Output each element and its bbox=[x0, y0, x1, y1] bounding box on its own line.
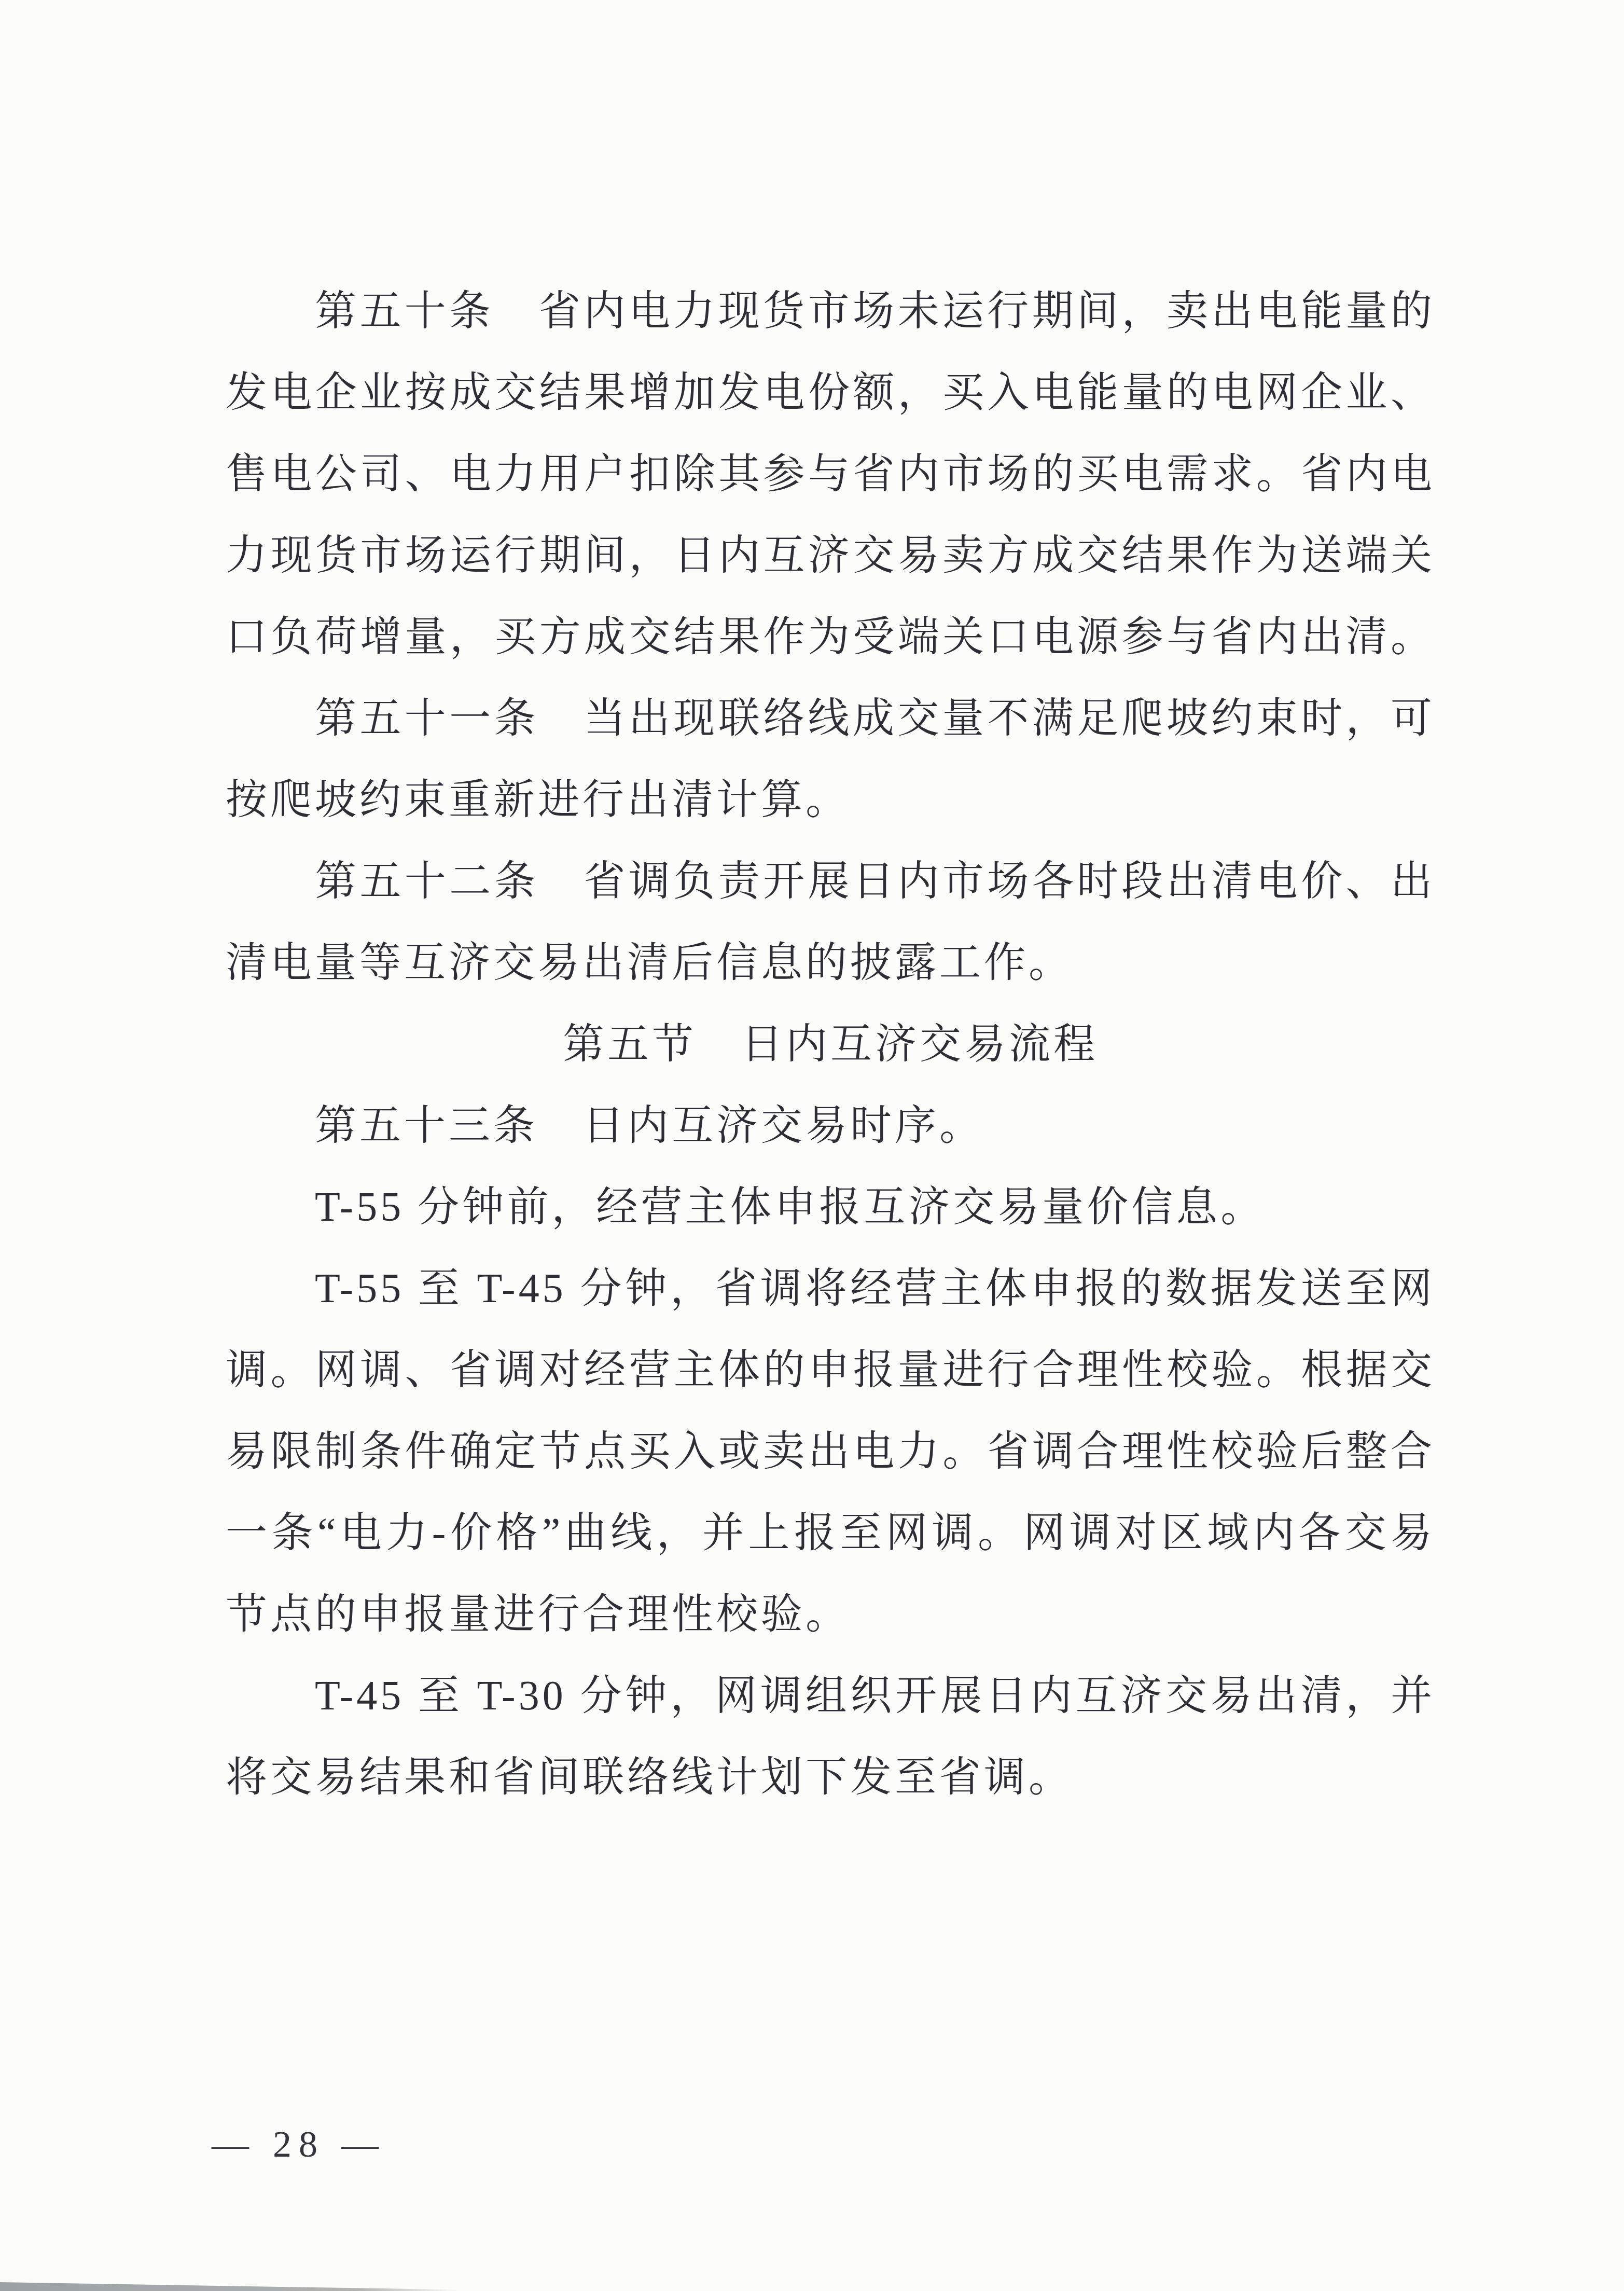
text-line: 清电量等互济交易出清后信息的披露工作。 bbox=[226, 922, 1435, 1004]
text-line: 第五十三条 日内互济交易时序。 bbox=[226, 1085, 1435, 1167]
text-line: 一条“电力-价格”曲线，并上报至网调。网调对区域内各交易 bbox=[226, 1493, 1435, 1574]
text-line: 力现货市场运行期间，日内互济交易卖方成交结果作为送端关 bbox=[226, 515, 1435, 597]
text-line: 售电公司、电力用户扣除其参与省内市场的买电需求。省内电 bbox=[226, 434, 1435, 515]
text-line: 第五十二条 省调负责开展日内市场各时段出清电价、出 bbox=[226, 841, 1435, 922]
text-line: 第五十条 省内电力现货市场未运行期间，卖出电能量的 bbox=[226, 271, 1435, 352]
text-line: 口负荷增量，买方成交结果作为受端关口电源参与省内出清。 bbox=[226, 597, 1435, 678]
document-page: 第五十条 省内电力现货市场未运行期间，卖出电能量的发电企业按成交结果增加发电份额… bbox=[0, 0, 1624, 2291]
page-number: — 28 — bbox=[212, 2123, 386, 2166]
text-line: 节点的申报量进行合理性校验。 bbox=[226, 1574, 1435, 1655]
text-line: 发电企业按成交结果增加发电份额，买入电能量的电网企业、 bbox=[226, 352, 1435, 434]
text-line: 易限制条件确定节点买入或卖出电力。省调合理性校验后整合 bbox=[226, 1411, 1435, 1493]
scan-edge-artifact bbox=[0, 2281, 459, 2291]
text-line: T-55 分钟前，经营主体申报互济交易量价信息。 bbox=[226, 1167, 1435, 1248]
section-heading: 第五节 日内互济交易流程 bbox=[226, 1004, 1435, 1085]
text-line: 调。网调、省调对经营主体的申报量进行合理性校验。根据交 bbox=[226, 1330, 1435, 1411]
text-line: 按爬坡约束重新进行出清计算。 bbox=[226, 760, 1435, 841]
text-line: 第五十一条 当出现联络线成交量不满足爬坡约束时，可 bbox=[226, 678, 1435, 760]
text-line: T-55 至 T-45 分钟，省调将经营主体申报的数据发送至网 bbox=[226, 1248, 1435, 1330]
text-line: T-45 至 T-30 分钟，网调组织开展日内互济交易出清，并 bbox=[226, 1655, 1435, 1737]
text-line: 将交易结果和省间联络线计划下发至省调。 bbox=[226, 1737, 1435, 1818]
text-block: 第五十条 省内电力现货市场未运行期间，卖出电能量的发电企业按成交结果增加发电份额… bbox=[226, 271, 1435, 1818]
